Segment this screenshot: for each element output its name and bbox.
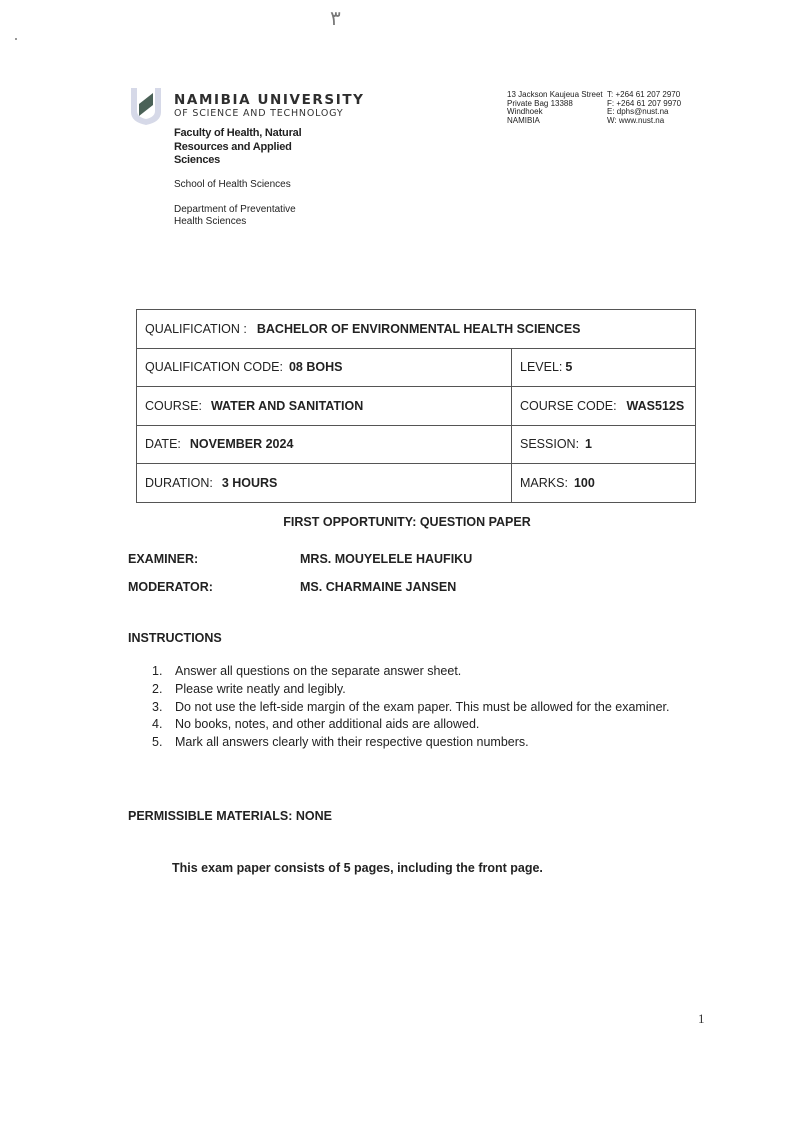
qualification-cell: QUALIFICATION :BACHELOR OF ENVIRONMENTAL…	[137, 310, 696, 349]
level-cell: LEVEL:5	[512, 348, 696, 387]
paper-title: FIRST OPPORTUNITY: QUESTION PAPER	[0, 515, 794, 529]
table-row: DATE:NOVEMBER 2024 SESSION:1	[137, 425, 696, 464]
course-code-value: WAS512S	[627, 399, 685, 413]
item-text: No books, notes, and other additional ai…	[175, 717, 479, 731]
qualification-code-label: QUALIFICATION CODE:	[145, 360, 283, 374]
qualification-value: BACHELOR OF ENVIRONMENTAL HEALTH SCIENCE…	[257, 322, 581, 336]
date-cell: DATE:NOVEMBER 2024	[137, 425, 512, 464]
address-line: NAMIBIA	[507, 117, 603, 126]
level-label: LEVEL:	[520, 360, 562, 374]
list-item: 2.Please write neatly and legibly.	[152, 681, 672, 699]
qualification-code-value: 08 BOHS	[289, 360, 343, 374]
nust-logo-icon	[128, 84, 164, 126]
page-number: 1	[698, 1011, 705, 1027]
school-name: School of Health Sciences	[174, 179, 291, 190]
table-row: DURATION:3 HOURS MARKS:100	[137, 464, 696, 503]
duration-cell: DURATION:3 HOURS	[137, 464, 512, 503]
item-number: 1.	[152, 663, 162, 681]
date-label: DATE:	[145, 437, 181, 451]
moderator-label: MODERATOR:	[128, 580, 213, 594]
contact-details: T: +264 61 207 2970 F: +264 61 207 9970 …	[607, 91, 681, 125]
item-number: 2.	[152, 681, 162, 699]
item-text: Please write neatly and legibly.	[175, 682, 346, 696]
table-row: QUALIFICATION :BACHELOR OF ENVIRONMENTAL…	[137, 310, 696, 349]
list-item: 5.Mark all answers clearly with their re…	[152, 734, 672, 752]
item-number: 5.	[152, 734, 162, 752]
examiner-label: EXAMINER:	[128, 552, 198, 566]
handwritten-page-mark: ٣	[330, 6, 341, 30]
date-value: NOVEMBER 2024	[190, 437, 294, 451]
instructions-list: 1.Answer all questions on the separate a…	[152, 663, 672, 752]
contact-website: W: www.nust.na	[607, 117, 681, 126]
moderator-value: MS. CHARMAINE JANSEN	[300, 580, 456, 594]
university-name: NAMIBIA UNIVERSITY	[174, 92, 365, 108]
exam-info-table: QUALIFICATION :BACHELOR OF ENVIRONMENTAL…	[136, 309, 696, 503]
course-value: WATER AND SANITATION	[211, 399, 363, 413]
duration-value: 3 HOURS	[222, 476, 278, 490]
session-cell: SESSION:1	[512, 425, 696, 464]
item-text: Mark all answers clearly with their resp…	[175, 735, 529, 749]
list-item: 1.Answer all questions on the separate a…	[152, 663, 672, 681]
course-code-cell: COURSE CODE:WAS512S	[512, 387, 696, 426]
scan-speck	[15, 38, 17, 40]
postal-address: 13 Jackson Kaujeua Street Private Bag 13…	[507, 91, 603, 125]
marks-value: 100	[574, 476, 595, 490]
marks-label: MARKS:	[520, 476, 568, 490]
session-label: SESSION:	[520, 437, 579, 451]
qualification-label: QUALIFICATION :	[145, 322, 247, 336]
course-code-label: COURSE CODE:	[520, 399, 617, 413]
item-number: 3.	[152, 699, 162, 717]
level-value: 5	[565, 360, 572, 374]
list-item: 4.No books, notes, and other additional …	[152, 716, 672, 734]
course-cell: COURSE:WATER AND SANITATION	[137, 387, 512, 426]
duration-label: DURATION:	[145, 476, 213, 490]
list-item: 3.Do not use the left-side margin of the…	[152, 699, 672, 717]
item-text: Answer all questions on the separate ans…	[175, 664, 461, 678]
table-row: COURSE:WATER AND SANITATION COURSE CODE:…	[137, 387, 696, 426]
permissible-materials: PERMISSIBLE MATERIALS: NONE	[128, 809, 332, 823]
session-value: 1	[585, 437, 592, 451]
department-name: Department of Preventative Health Scienc…	[174, 204, 324, 228]
faculty-name: Faculty of Health, Natural Resources and…	[174, 127, 334, 168]
item-number: 4.	[152, 716, 162, 734]
instructions-heading: INSTRUCTIONS	[128, 631, 222, 645]
course-label: COURSE:	[145, 399, 202, 413]
page-count-note: This exam paper consists of 5 pages, inc…	[172, 861, 543, 875]
marks-cell: MARKS:100	[512, 464, 696, 503]
university-subtitle: OF SCIENCE AND TECHNOLOGY	[174, 108, 343, 119]
table-row: QUALIFICATION CODE:08 BOHS LEVEL:5	[137, 348, 696, 387]
qualification-code-cell: QUALIFICATION CODE:08 BOHS	[137, 348, 512, 387]
item-text: Do not use the left-side margin of the e…	[175, 700, 669, 714]
examiner-value: MRS. MOUYELELE HAUFIKU	[300, 552, 472, 566]
